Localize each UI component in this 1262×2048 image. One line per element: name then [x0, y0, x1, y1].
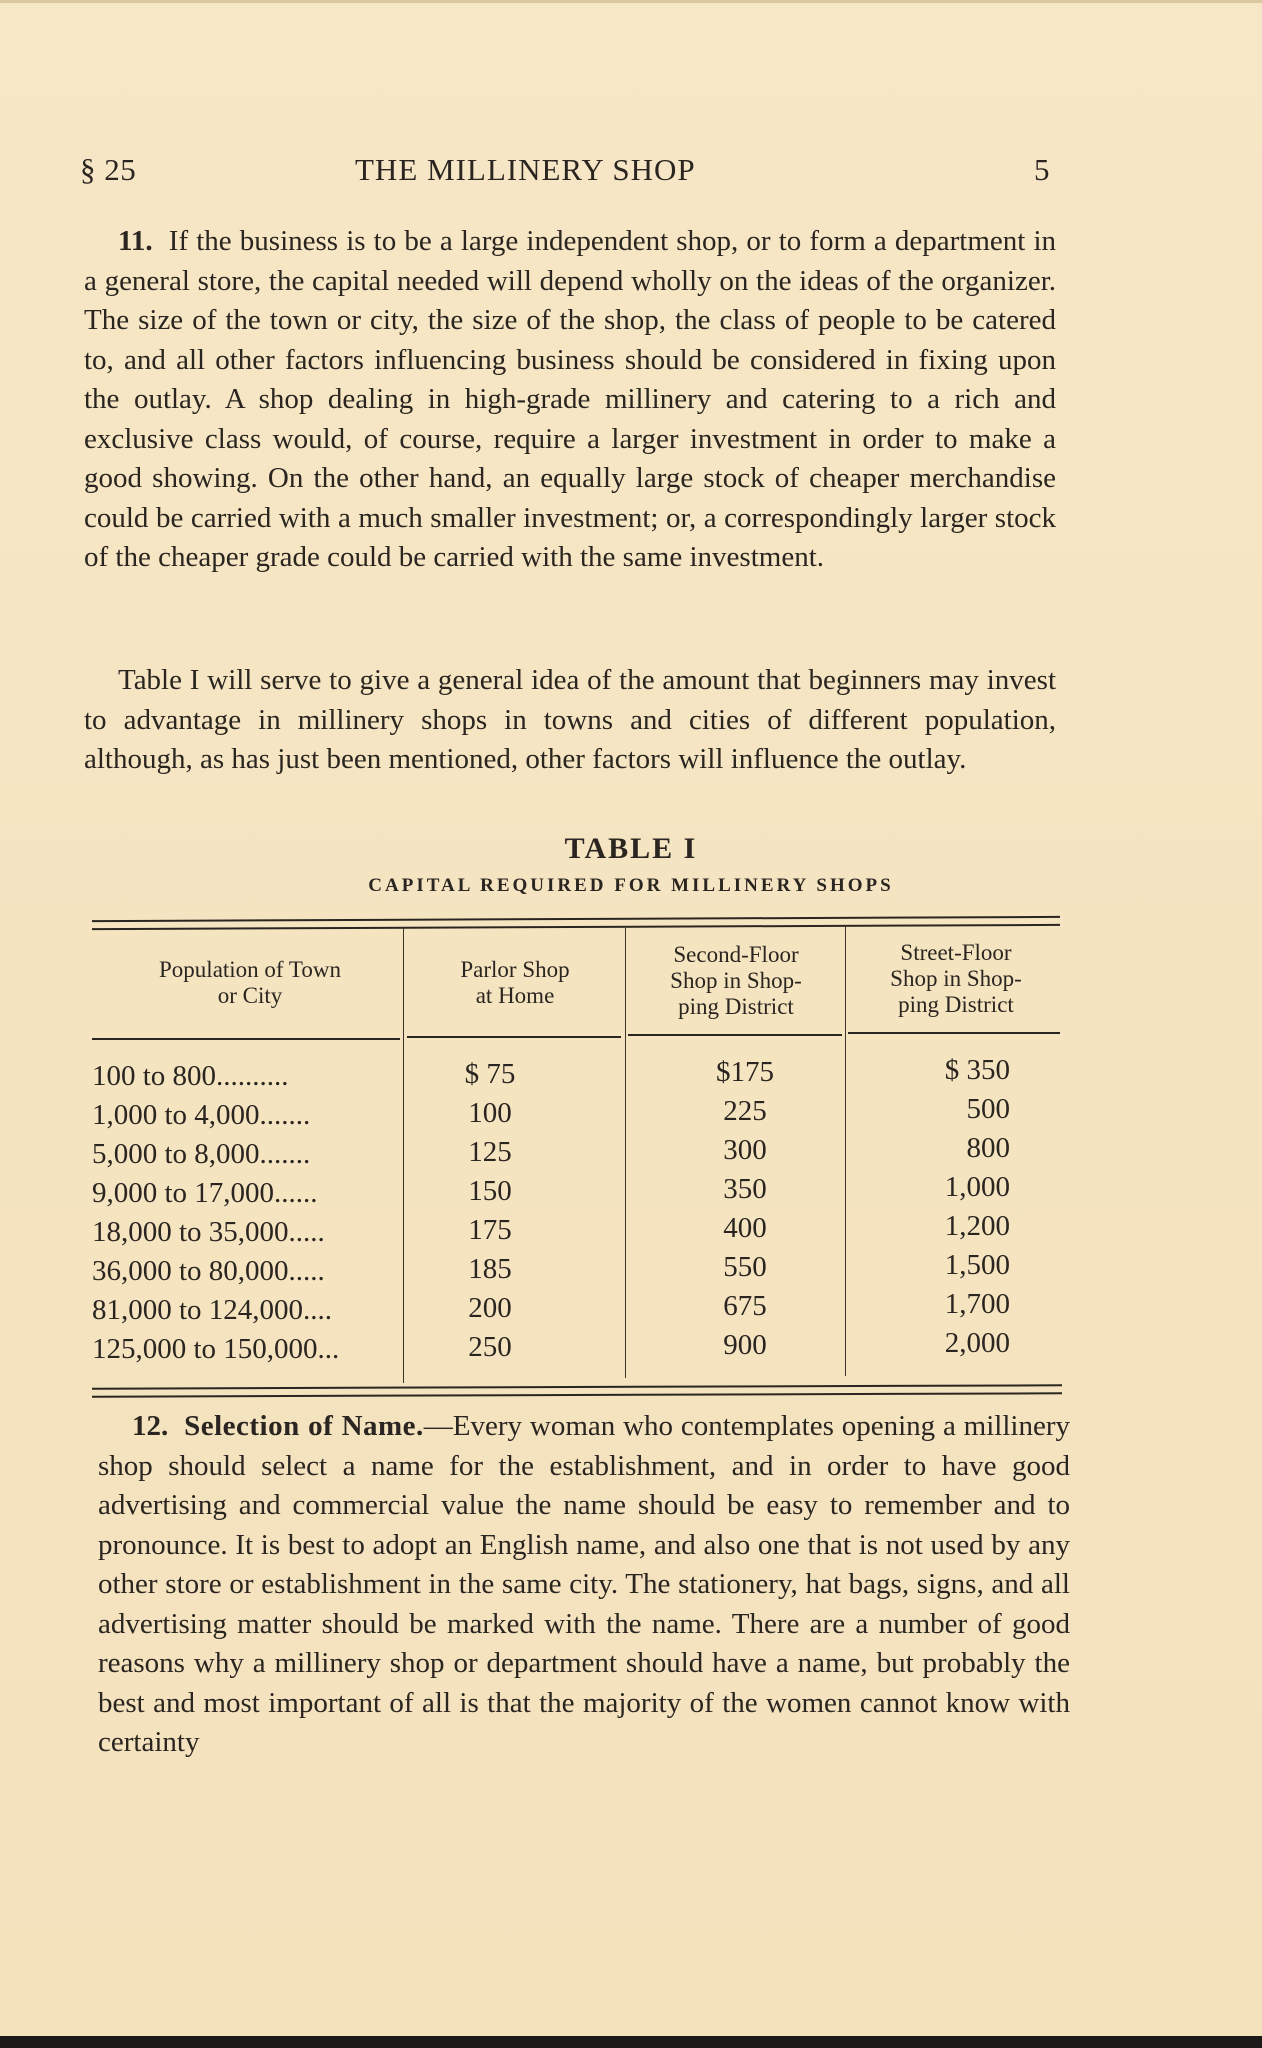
cell-street-floor: 1,000	[850, 1168, 1010, 1207]
header-line: Second-Floor	[630, 942, 842, 968]
cell-population: 5,000 to 8,000.......	[92, 1135, 402, 1174]
header-line: or City	[100, 983, 400, 1009]
paragraph-text: If the business is to be a large indepen…	[84, 225, 1056, 573]
running-head: § 25 THE MILLINERY SHOP 5	[80, 152, 1060, 192]
cell-second-floor: $175	[630, 1053, 860, 1092]
cell-street-floor: 1,200	[850, 1207, 1010, 1246]
cell-parlor: 150	[410, 1172, 570, 1211]
header-rule	[92, 1038, 400, 1040]
cell-parlor: 200	[410, 1289, 570, 1328]
page-bottom-edge	[0, 2036, 1262, 2048]
cell-street-floor: 1,700	[850, 1285, 1010, 1324]
header-second-floor: Second-Floor Shop in Shop- ping District	[630, 942, 842, 1020]
table-subtitle: CAPITAL REQUIRED FOR MILLINERY SHOPS	[0, 875, 1262, 897]
running-title: THE MILLINERY SHOP	[355, 152, 696, 188]
cell-parlor: 185	[410, 1250, 570, 1289]
paragraph-12: 12. Selection of Name.—Every woman who c…	[98, 1407, 1070, 1763]
book-page: § 25 THE MILLINERY SHOP 5 11. If the bus…	[0, 0, 1262, 2036]
paragraph-number: 12.	[132, 1410, 168, 1442]
column-divider	[403, 928, 404, 1383]
cell-street-floor: 500	[850, 1090, 1010, 1129]
section-heading: Selection of Name.	[184, 1410, 424, 1442]
table-top-rule	[92, 916, 1060, 922]
header-rule	[628, 1034, 842, 1036]
paragraph-number: 11.	[118, 225, 153, 257]
table-bottom-rule	[92, 1384, 1062, 1389]
cell-second-floor: 675	[630, 1287, 860, 1326]
cell-second-floor: 900	[630, 1326, 860, 1365]
header-line: Parlor Shop	[410, 957, 620, 983]
cell-population: 18,000 to 35,000.....	[92, 1213, 402, 1252]
header-street-floor: Street-Floor Shop in Shop- ping District	[850, 940, 1062, 1018]
cell-population: 125,000 to 150,000...	[92, 1330, 402, 1369]
cell-parlor: 250	[410, 1328, 570, 1367]
cell-second-floor: 300	[630, 1131, 860, 1170]
header-population: Population of Town or City	[100, 957, 400, 1009]
header-line: ping District	[630, 994, 842, 1020]
header-line: ping District	[850, 992, 1062, 1018]
header-rule	[407, 1036, 621, 1038]
cell-second-floor: 350	[630, 1170, 860, 1209]
cell-population: 36,000 to 80,000.....	[92, 1252, 402, 1291]
header-parlor-shop: Parlor Shop at Home	[410, 957, 620, 1009]
cell-population: 81,000 to 124,000....	[92, 1291, 402, 1330]
cell-second-floor: 225	[630, 1092, 860, 1131]
page-top-edge	[0, 0, 1262, 3]
paragraph-table-intro: Table I will serve to give a general ide…	[84, 661, 1056, 780]
table-bottom-rule-2	[92, 1392, 1062, 1397]
cell-second-floor: 550	[630, 1248, 860, 1287]
header-line: Shop in Shop-	[850, 966, 1062, 992]
paragraph-11: 11. If the business is to be a large ind…	[84, 222, 1056, 578]
cell-street-floor: 800	[850, 1129, 1010, 1168]
table-title: TABLE I	[0, 832, 1262, 866]
cell-parlor: 125	[410, 1133, 570, 1172]
paragraph-text: Table I will serve to give a general ide…	[84, 664, 1056, 775]
cell-population: 1,000 to 4,000.......	[92, 1096, 402, 1135]
header-line: Population of Town	[100, 957, 400, 983]
cell-population: 9,000 to 17,000......	[92, 1174, 402, 1213]
section-number: § 25	[80, 152, 136, 188]
column-divider	[625, 928, 626, 1378]
cell-parlor: 100	[410, 1094, 570, 1133]
page-number: 5	[1034, 152, 1050, 188]
header-line: Street-Floor	[850, 940, 1062, 966]
header-line: at Home	[410, 983, 620, 1009]
header-line: Shop in Shop-	[630, 968, 842, 994]
table-top-rule-2	[92, 924, 1060, 930]
cell-population: 100 to 800..........	[92, 1057, 402, 1096]
paragraph-text: —Every woman who contemplates opening a …	[98, 1410, 1070, 1758]
cell-street-floor: 2,000	[850, 1324, 1010, 1363]
cell-street-floor: 1,500	[850, 1246, 1010, 1285]
cell-parlor: $ 75	[410, 1055, 570, 1094]
cell-street-floor: $ 350	[850, 1051, 1010, 1090]
cell-parlor: 175	[410, 1211, 570, 1250]
cell-second-floor: 400	[630, 1209, 860, 1248]
header-rule	[848, 1032, 1060, 1034]
